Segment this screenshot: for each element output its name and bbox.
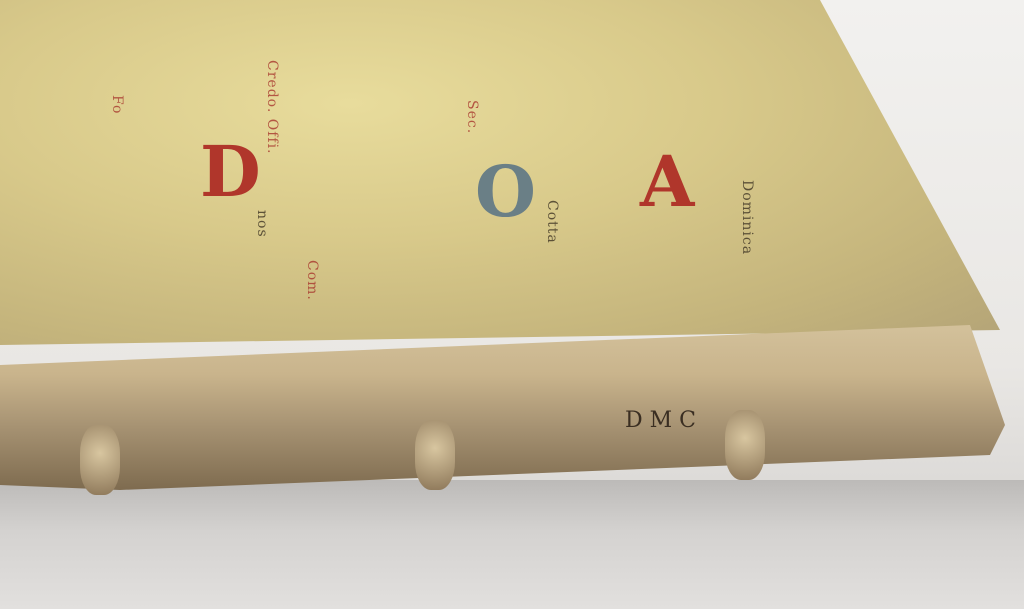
illuminated-initial: D	[200, 130, 261, 213]
spine-band	[725, 410, 765, 480]
illuminated-initial: O	[475, 150, 536, 233]
table-shadow	[0, 480, 1024, 609]
manuscript-text: Dominica	[739, 180, 755, 255]
manuscript-text: nos	[254, 210, 270, 238]
rubric-text: Fo	[109, 95, 125, 114]
spine-band	[415, 420, 455, 490]
illuminated-initial: A	[640, 140, 694, 223]
manuscript-text: Cotta	[544, 200, 560, 244]
rubric-text: Credo. Offi.	[264, 60, 280, 155]
spine-band	[80, 425, 120, 495]
spine-title: D M C	[625, 408, 696, 433]
rubric-text: Com.	[304, 260, 320, 301]
rubric-text: Sec.	[464, 100, 480, 134]
